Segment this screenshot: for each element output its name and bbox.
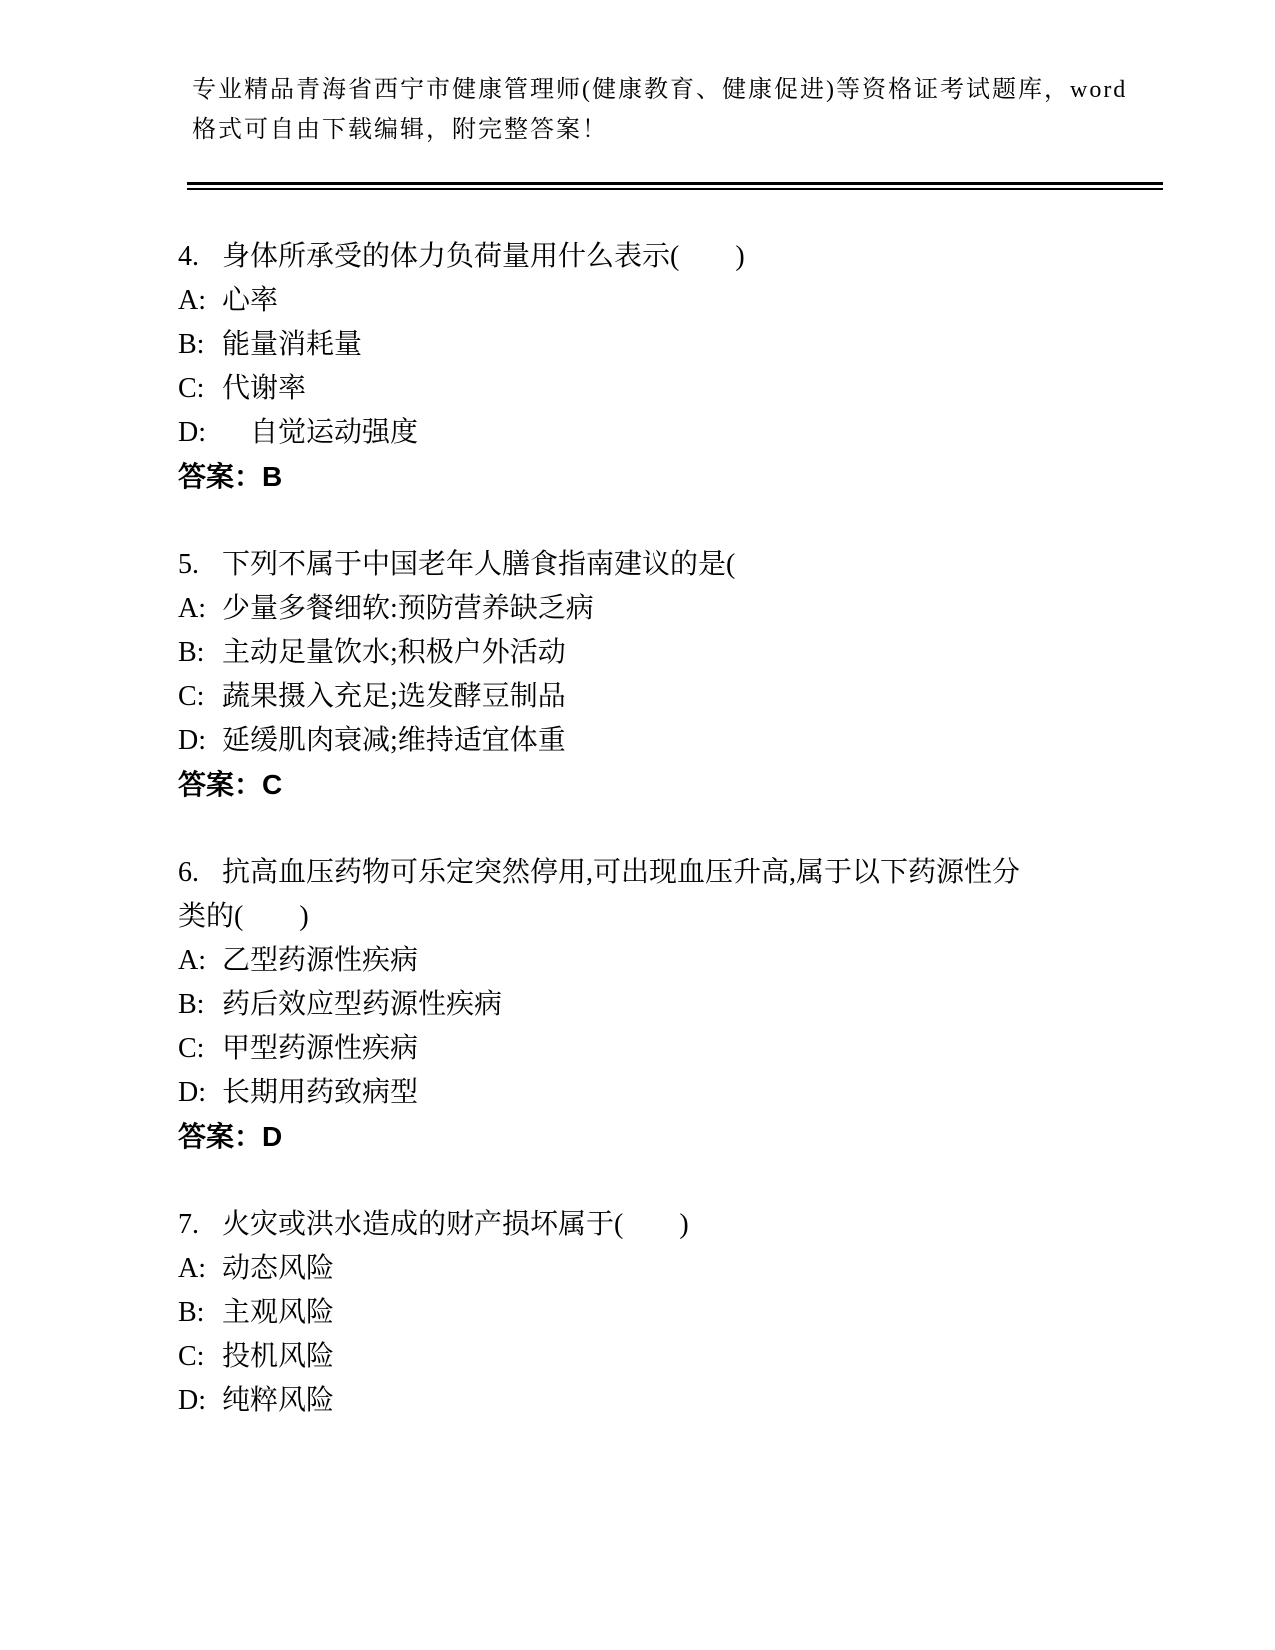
option-text: 自觉运动强度 bbox=[222, 417, 418, 448]
option-text: 甲型药源性疾病 bbox=[222, 1033, 418, 1064]
answer-label: 答案： bbox=[178, 769, 262, 800]
question-text-line: 4.身体所承受的体力负荷量用什么表示( ) bbox=[178, 235, 1215, 279]
header-divider bbox=[187, 182, 1163, 190]
option-row: A:乙型药源性疾病 bbox=[178, 939, 1215, 983]
question-block: 4.身体所承受的体力负荷量用什么表示( ) A:心率 B:能量消耗量 C:代谢率… bbox=[178, 235, 1215, 499]
option-row: C:代谢率 bbox=[178, 367, 1215, 411]
option-label: C: bbox=[178, 1335, 222, 1379]
header-notice: 专业精品青海省西宁市健康管理师(健康教育、健康促进)等资格证考试题库，word … bbox=[192, 0, 1185, 150]
option-text: 蔬果摄入充足;选发酵豆制品 bbox=[222, 681, 566, 712]
option-label: A: bbox=[178, 1247, 222, 1291]
question-number: 4. bbox=[178, 235, 222, 279]
option-row: A:少量多餐细软:预防营养缺乏病 bbox=[178, 587, 1215, 631]
option-label: B: bbox=[178, 1291, 222, 1335]
answer-label: 答案： bbox=[178, 461, 262, 492]
option-row: C:甲型药源性疾病 bbox=[178, 1027, 1215, 1071]
answer-value: D bbox=[262, 1121, 282, 1152]
option-label: A: bbox=[178, 279, 222, 323]
option-label: D: bbox=[178, 411, 222, 455]
option-label: B: bbox=[178, 323, 222, 367]
option-label: C: bbox=[178, 675, 222, 719]
questions-area: 4.身体所承受的体力负荷量用什么表示( ) A:心率 B:能量消耗量 C:代谢率… bbox=[178, 235, 1215, 1423]
question-block: 6.抗高血压药物可乐定突然停用,可出现血压升高,属于以下药源性分 类的( ) A… bbox=[178, 851, 1215, 1159]
option-text: 主观风险 bbox=[222, 1297, 334, 1328]
option-text: 纯粹风险 bbox=[222, 1385, 334, 1416]
question-text: 抗高血压药物可乐定突然停用,可出现血压升高,属于以下药源性分 bbox=[222, 857, 1020, 888]
option-row: D: 自觉运动强度 bbox=[178, 411, 1215, 455]
option-label: A: bbox=[178, 587, 222, 631]
question-text: 下列不属于中国老年人膳食指南建议的是( bbox=[222, 549, 735, 580]
option-label: C: bbox=[178, 1027, 222, 1071]
option-row: B:药后效应型药源性疾病 bbox=[178, 983, 1215, 1027]
option-text: 长期用药致病型 bbox=[222, 1077, 418, 1108]
header-notice-line-2: 格式可自由下载编辑，附完整答案！ bbox=[192, 110, 1185, 150]
answer-line: 答案：C bbox=[178, 763, 1215, 807]
option-row: D:纯粹风险 bbox=[178, 1379, 1215, 1423]
answer-line: 答案：D bbox=[178, 1115, 1215, 1159]
option-text: 主动足量饮水;积极户外活动 bbox=[222, 637, 566, 668]
question-text-line: 类的( ) bbox=[178, 895, 1215, 939]
question-text: 火灾或洪水造成的财产损坏属于( ) bbox=[222, 1209, 689, 1240]
question-text-line: 5.下列不属于中国老年人膳食指南建议的是( bbox=[178, 543, 1215, 587]
option-text: 乙型药源性疾病 bbox=[222, 945, 418, 976]
answer-value: B bbox=[262, 461, 282, 492]
option-label: C: bbox=[178, 367, 222, 411]
option-row: B:主观风险 bbox=[178, 1291, 1215, 1335]
option-label: D: bbox=[178, 1071, 222, 1115]
option-text: 少量多餐细软:预防营养缺乏病 bbox=[222, 593, 594, 624]
option-row: C:投机风险 bbox=[178, 1335, 1215, 1379]
option-row: C:蔬果摄入充足;选发酵豆制品 bbox=[178, 675, 1215, 719]
answer-value: C bbox=[262, 769, 282, 800]
question-number: 5. bbox=[178, 543, 222, 587]
answer-line: 答案：B bbox=[178, 455, 1215, 499]
question-number: 7. bbox=[178, 1203, 222, 1247]
question-number: 6. bbox=[178, 851, 222, 895]
option-row: A:动态风险 bbox=[178, 1247, 1215, 1291]
option-text: 能量消耗量 bbox=[222, 329, 362, 360]
option-row: D:延缓肌肉衰减;维持适宜体重 bbox=[178, 719, 1215, 763]
option-text: 动态风险 bbox=[222, 1253, 334, 1284]
option-row: D:长期用药致病型 bbox=[178, 1071, 1215, 1115]
question-text-line: 7.火灾或洪水造成的财产损坏属于( ) bbox=[178, 1203, 1215, 1247]
option-row: B:能量消耗量 bbox=[178, 323, 1215, 367]
option-row: A:心率 bbox=[178, 279, 1215, 323]
document-page: 专业精品青海省西宁市健康管理师(健康教育、健康促进)等资格证考试题库，word … bbox=[0, 0, 1275, 1650]
option-text: 药后效应型药源性疾病 bbox=[222, 989, 502, 1020]
option-label: A: bbox=[178, 939, 222, 983]
option-label: B: bbox=[178, 631, 222, 675]
question-block: 7.火灾或洪水造成的财产损坏属于( ) A:动态风险 B:主观风险 C:投机风险… bbox=[178, 1203, 1215, 1423]
option-row: B:主动足量饮水;积极户外活动 bbox=[178, 631, 1215, 675]
option-text: 投机风险 bbox=[222, 1341, 334, 1372]
option-text: 代谢率 bbox=[222, 373, 306, 404]
option-label: B: bbox=[178, 983, 222, 1027]
answer-label: 答案： bbox=[178, 1121, 262, 1152]
option-label: D: bbox=[178, 719, 222, 763]
option-text: 心率 bbox=[222, 285, 278, 316]
question-block: 5.下列不属于中国老年人膳食指南建议的是( A:少量多餐细软:预防营养缺乏病 B… bbox=[178, 543, 1215, 807]
option-text: 延缓肌肉衰减;维持适宜体重 bbox=[222, 725, 566, 756]
option-label: D: bbox=[178, 1379, 222, 1423]
question-text: 类的( ) bbox=[178, 901, 309, 932]
question-text: 身体所承受的体力负荷量用什么表示( ) bbox=[222, 241, 745, 272]
header-notice-line-1: 专业精品青海省西宁市健康管理师(健康教育、健康促进)等资格证考试题库，word bbox=[192, 70, 1185, 110]
question-text-line: 6.抗高血压药物可乐定突然停用,可出现血压升高,属于以下药源性分 bbox=[178, 851, 1215, 895]
